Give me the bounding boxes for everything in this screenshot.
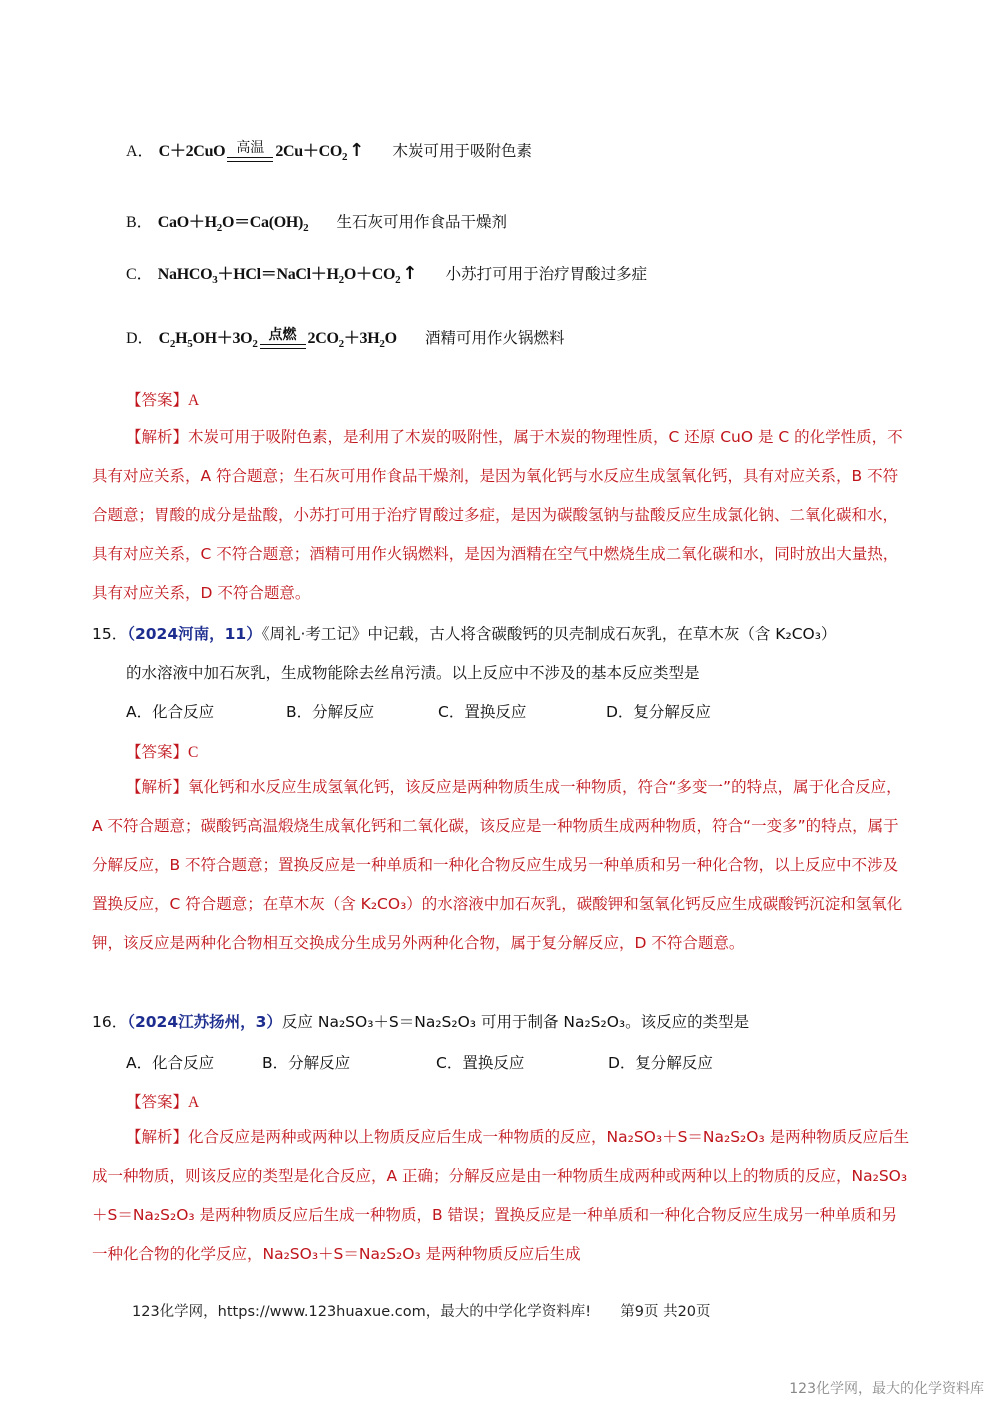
option-desc: 酒精可用作火锅燃料 <box>425 329 565 347</box>
option-desc: 生石灰可用作食品干燥剂 <box>336 213 507 231</box>
option-label: A． <box>126 143 154 160</box>
page-footer: 123化学网，https://www.123huaxue.com，最大的中学化学… <box>132 1300 711 1321</box>
reaction-condition: 高温 <box>227 140 273 167</box>
q16-answer: 【答案】A <box>126 1090 199 1112</box>
q14-answer: 【答案】A <box>126 388 199 410</box>
q14-option-d: D． C2H5OH＋3O2点燃2CO2＋3H2O 酒精可用作火锅燃料 <box>126 327 564 354</box>
equation: CaO＋H2O＝Ca(OH)2 <box>158 214 309 231</box>
q16-analysis: 【解析】化合反应是两种或两种以上物质反应后生成一种物质的反应，Na₂SO₃＋S＝… <box>92 1118 912 1274</box>
analysis-text: 氧化钙和水反应生成氢氧化钙，该反应是两种物质生成一种物质，符合“多变一”的特点，… <box>92 778 902 952</box>
option-d: D．复分解反应 <box>606 700 711 722</box>
equation: NaHCO3＋HCl＝NaCl＋H2O＋CO2 <box>158 266 401 283</box>
option-desc: 小苏打可用于治疗胃酸过多症 <box>446 265 648 283</box>
equation: C2H5OH＋3O2 <box>159 330 258 347</box>
option-a: A．化合反应 <box>126 700 214 722</box>
q15-analysis: 【解析】氧化钙和水反应生成氢氧化钙，该反应是两种物质生成一种物质，符合“多变一”… <box>92 768 912 963</box>
option-desc: 木炭可用于吸附色素 <box>392 142 532 160</box>
question-source: （2024江苏扬州，3） <box>127 1013 282 1031</box>
reaction-condition: 点燃 <box>260 327 306 354</box>
analysis-text: 化合反应是两种或两种以上物质反应后生成一种物质的反应，Na₂SO₃＋S＝Na₂S… <box>92 1128 909 1263</box>
q15-stem: 15．（2024河南，11）《周礼·考工记》中记载，古人将含碳酸钙的贝壳制成石灰… <box>92 615 922 693</box>
option-c: C．置换反应 <box>438 700 526 722</box>
question-number: 16． <box>92 1013 127 1031</box>
gas-arrow-icon: ↑ <box>349 140 364 161</box>
option-b: B．分解反应 <box>286 700 374 722</box>
page-number: 第9页 共20页 <box>620 1304 710 1320</box>
option-c: C．置换反应 <box>436 1051 524 1073</box>
question-number: 15． <box>92 625 127 643</box>
q14-option-a: A． C＋2CuO高温2Cu＋CO2↑ 木炭可用于吸附色素 <box>126 140 532 167</box>
gas-arrow-icon: ↑ <box>402 263 417 284</box>
option-a: A．化合反应 <box>126 1051 214 1073</box>
q15-options: A．化合反应 B．分解反应 C．置换反应 D．复分解反应 <box>126 700 826 722</box>
equation: C＋2CuO <box>159 143 226 160</box>
option-b: B．分解反应 <box>262 1051 350 1073</box>
option-d: D．复分解反应 <box>608 1051 713 1073</box>
q16-stem: 16．（2024江苏扬州，3）反应 Na₂SO₃＋S＝Na₂S₂O₃ 可用于制备… <box>92 1003 922 1042</box>
q14-option-c: C． NaHCO3＋HCl＝NaCl＋H2O＋CO2↑ 小苏打可用于治疗胃酸过多… <box>126 264 647 290</box>
question-source: （2024河南，11） <box>127 625 261 643</box>
q15-answer: 【答案】C <box>126 740 198 762</box>
q16-options: A．化合反应 B．分解反应 C．置换反应 D．复分解反应 <box>126 1051 826 1073</box>
q14-option-b: B． CaO＋H2O＝Ca(OH)2 生石灰可用作食品干燥剂 <box>126 212 507 238</box>
watermark: 123化学网，最大的化学资料库 <box>789 1378 984 1398</box>
analysis-text: 木炭可用于吸附色素，是利用了木炭的吸附性，属于木炭的物理性质，C 还原 CuO … <box>92 428 903 602</box>
q14-analysis: 【解析】木炭可用于吸附色素，是利用了木炭的吸附性，属于木炭的物理性质，C 还原 … <box>92 418 912 613</box>
footer-site-text: 123化学网，https://www.123huaxue.com，最大的中学化学… <box>132 1304 591 1320</box>
